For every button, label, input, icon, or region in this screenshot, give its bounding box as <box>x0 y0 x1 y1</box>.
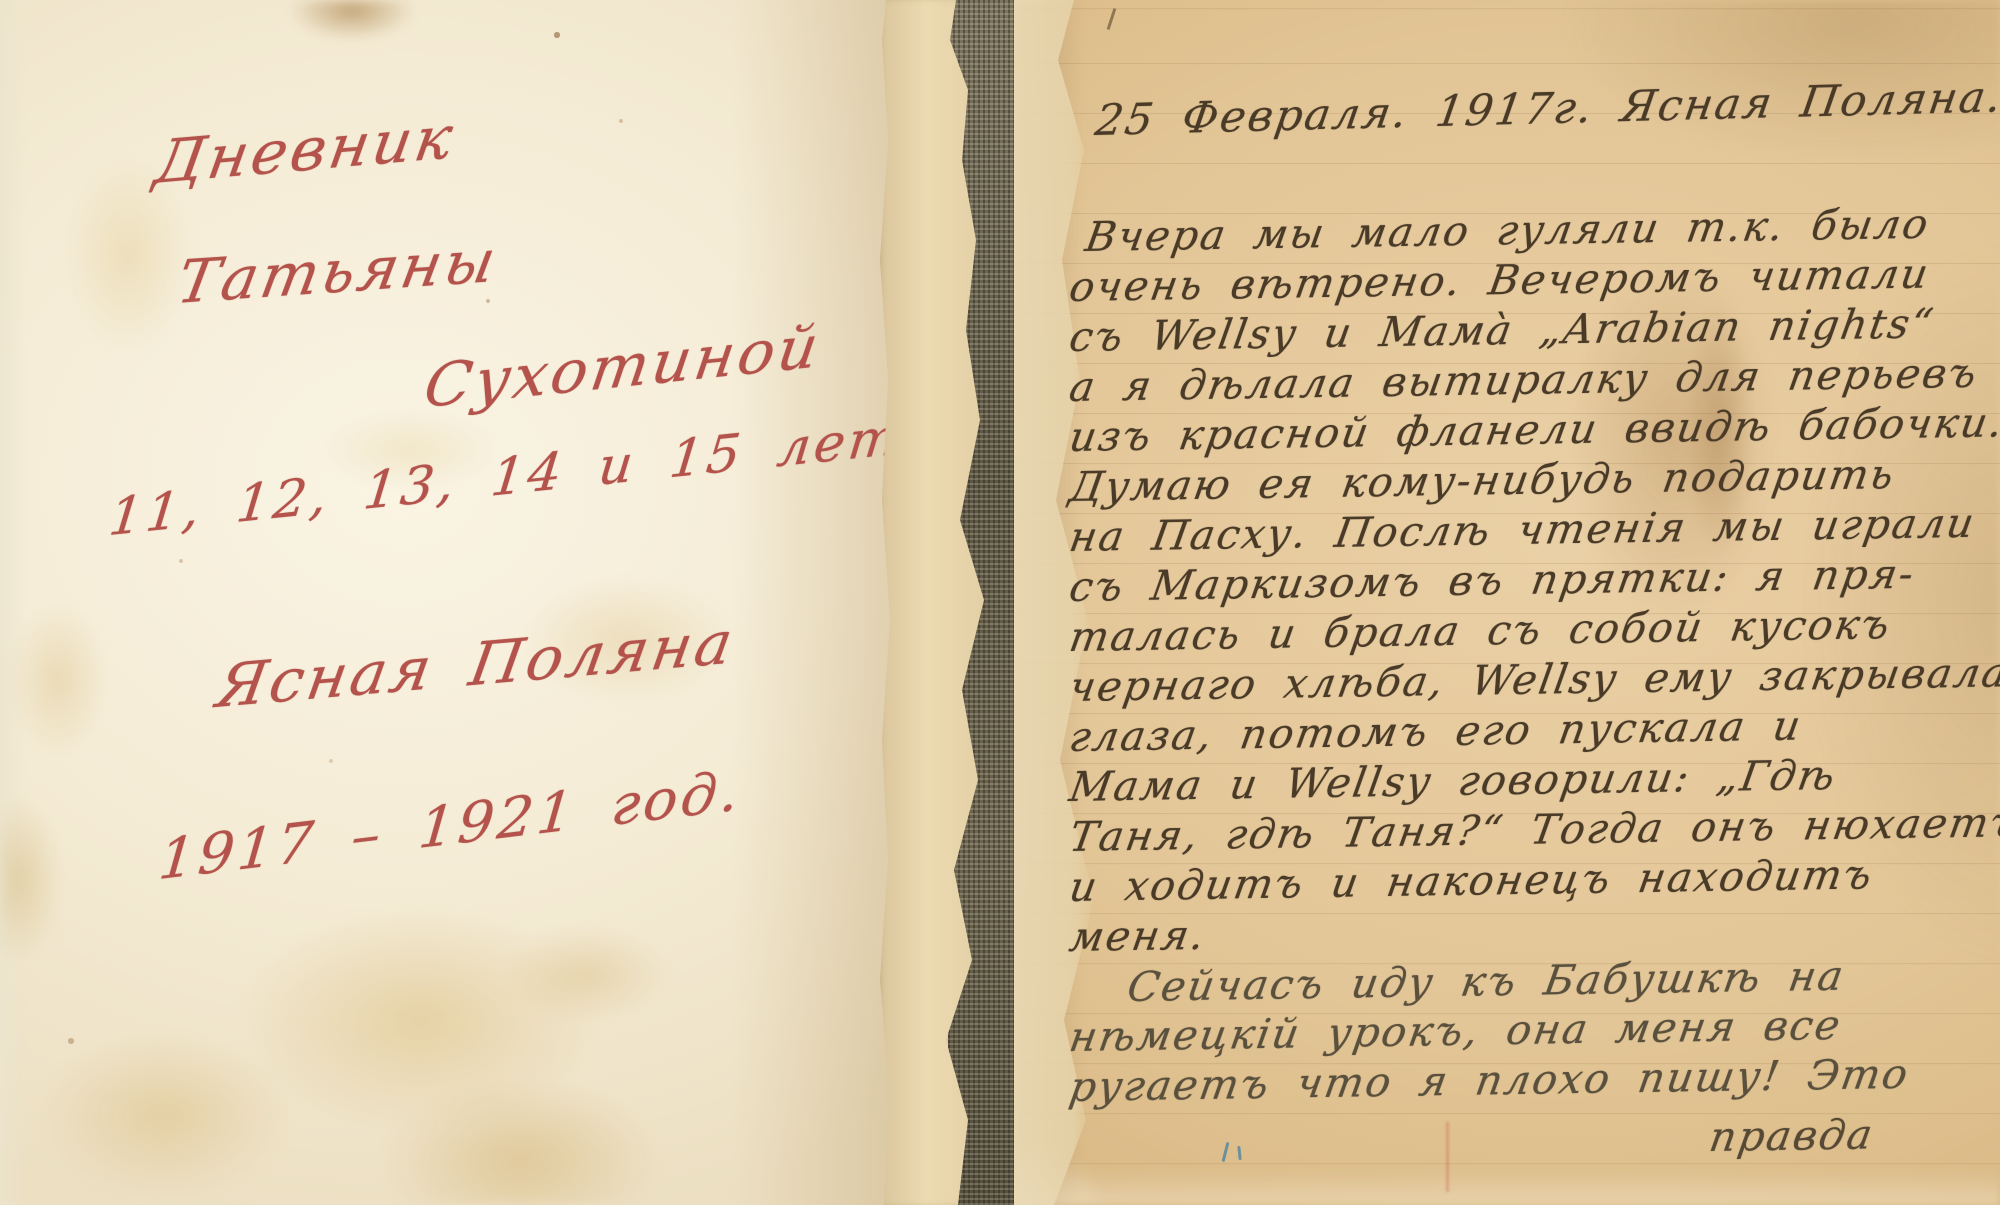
blue-ink-marks <box>1222 1142 1252 1168</box>
diary-open-spread: Дневник Татьяны Сухотиной 11, 12, 13, 14… <box>0 0 2000 1205</box>
ink-specks <box>0 0 2 2</box>
red-ink-streak <box>1446 1122 1449 1192</box>
paper-stains <box>0 0 892 1205</box>
left-page: Дневник Татьяны Сухотиной 11, 12, 13, 14… <box>0 0 892 1205</box>
right-page: 25 Февраля. 1917г. Ясная Поляна. Вчера м… <box>1014 0 2000 1205</box>
entry-line: правда <box>1706 1107 2000 1162</box>
entry-body: Вчера мы мало гуляли т.к. было очень вѣт… <box>1070 212 2000 1162</box>
